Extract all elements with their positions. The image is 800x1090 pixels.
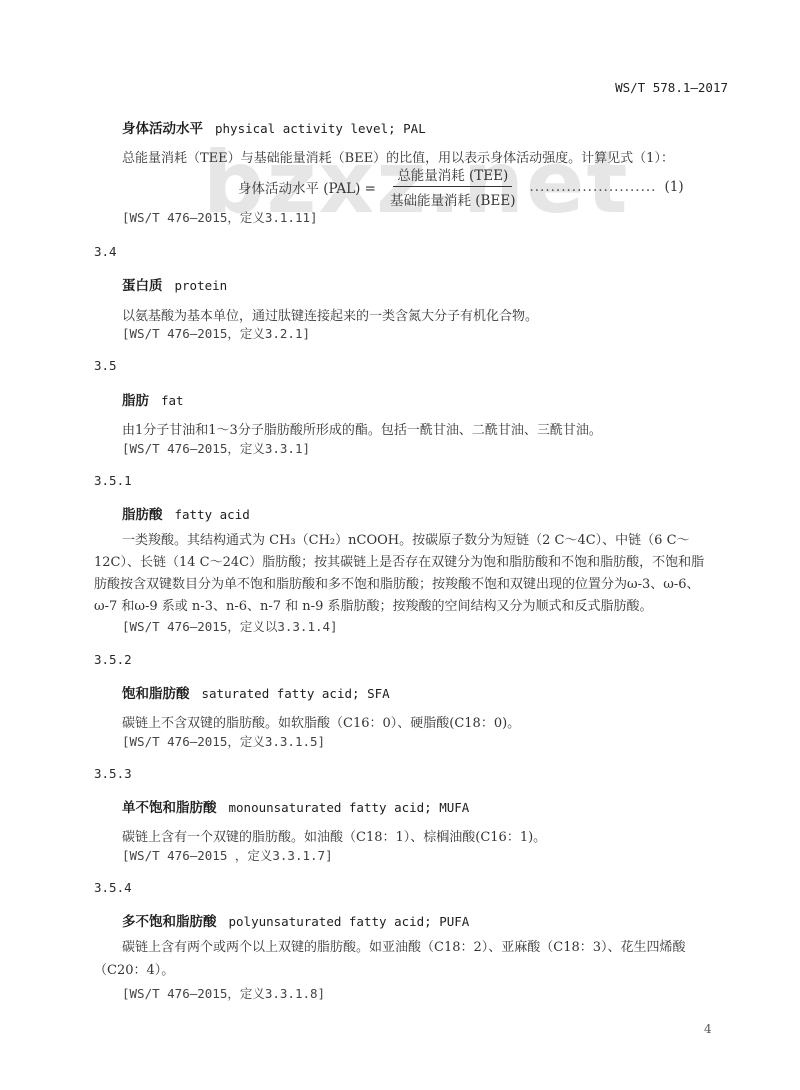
formula-pal: 身体活动水平 (PAL) = 总能量消耗 (TEE) 基础能量消耗 (BEE) … [238,164,684,209]
term-en: polyunsaturated fatty acid; PUFA [229,914,470,929]
formula-leader-dots: ........................ [529,179,656,195]
page-number: 4 [704,1022,712,1036]
term-zh: 脂肪酸 [122,507,163,523]
term-en: saturated fatty acid; SFA [202,686,390,701]
section-number-3-5-2: 3.5.2 [94,652,132,667]
reference-pal: [WS/T 476—2015，定义3.1.11] [122,208,318,226]
term-heading-mufa: 单不饱和脂肪酸monounsaturated fatty acid; MUFA [122,796,469,816]
definition-pufa: 碳链上含有两个或两个以上双键的脂肪酸。如亚油酸（C18：2）、亚麻酸（C18：3… [94,936,706,982]
document-page: bzxz.net WS/T 578.1—2017 身体活动水平physical … [0,0,800,1090]
definition-fat: 由1分子甘油和1～3分子脂肪酸所形成的酯。包括一酰甘油、二酰甘油、三酰甘油。 [122,419,602,438]
term-zh: 蛋白质 [122,278,163,294]
definition-sfa: 碳链上不含双键的脂肪酸。如软脂酸（C16：0）、硬脂酸(C18：0)。 [122,712,520,731]
term-zh: 单不饱和脂肪酸 [122,800,217,816]
reference-sfa: [WS/T 476—2015，定义3.3.1.5] [122,732,325,750]
reference-fatty-acid: [WS/T 476—2015，定义以3.3.1.4] [122,617,338,635]
formula-lhs: 身体活动水平 (PAL) = [238,177,376,197]
formula-fraction: 总能量消耗 (TEE) 基础能量消耗 (BEE) [386,164,519,209]
term-zh: 脂肪 [122,393,149,409]
term-en: monounsaturated fatty acid; MUFA [229,800,470,815]
formula-numerator: 总能量消耗 (TEE) [393,164,512,187]
reference-pufa: [WS/T 476—2015，定义3.3.1.8] [122,984,325,1002]
definition-mufa: 碳链上含有一个双键的脂肪酸。如油酸（C18：1）、棕榈油酸(C16：1)。 [122,826,546,845]
term-heading-fatty-acid: 脂肪酸fatty acid [122,503,250,523]
term-heading-sfa: 饱和脂肪酸saturated fatty acid; SFA [122,682,390,702]
term-heading-fat: 脂肪fat [122,389,184,409]
term-zh: 身体活动水平 [122,121,203,137]
term-zh: 饱和脂肪酸 [122,686,190,702]
definition-protein: 以氨基酸为基本单位，通过肽键连接起来的一类含氮大分子有机化合物。 [122,305,538,324]
equation-number: (1) [664,179,683,195]
term-heading-pufa: 多不饱和脂肪酸polyunsaturated fatty acid; PUFA [122,910,469,930]
term-zh: 多不饱和脂肪酸 [122,914,217,930]
standard-code-header: WS/T 578.1—2017 [615,80,728,95]
term-heading-protein: 蛋白质protein [122,274,227,294]
term-heading-pal: 身体活动水平physical activity level; PAL [122,117,426,137]
reference-mufa: [WS/T 476—2015 ，定义3.3.1.7] [122,846,333,864]
section-number-3-5: 3.5 [94,358,117,373]
section-number-3-5-1: 3.5.1 [94,473,132,488]
term-en: fat [161,393,184,408]
term-en: protein [175,278,228,293]
section-number-3-4: 3.4 [94,244,117,259]
term-en: physical activity level; PAL [215,121,426,136]
section-number-3-5-4: 3.5.4 [94,880,132,895]
reference-protein: [WS/T 476—2015，定义3.2.1] [122,324,310,342]
reference-fat: [WS/T 476—2015，定义3.3.1] [122,439,310,457]
definition-fatty-acid: 一类羧酸。其结构通式为 CH₃（CH₂）nCOOH。按碳原子数分为短链（2 C～… [94,530,706,618]
section-number-3-5-3: 3.5.3 [94,766,132,781]
formula-denominator: 基础能量消耗 (BEE) [386,187,519,209]
term-en: fatty acid [175,507,250,522]
